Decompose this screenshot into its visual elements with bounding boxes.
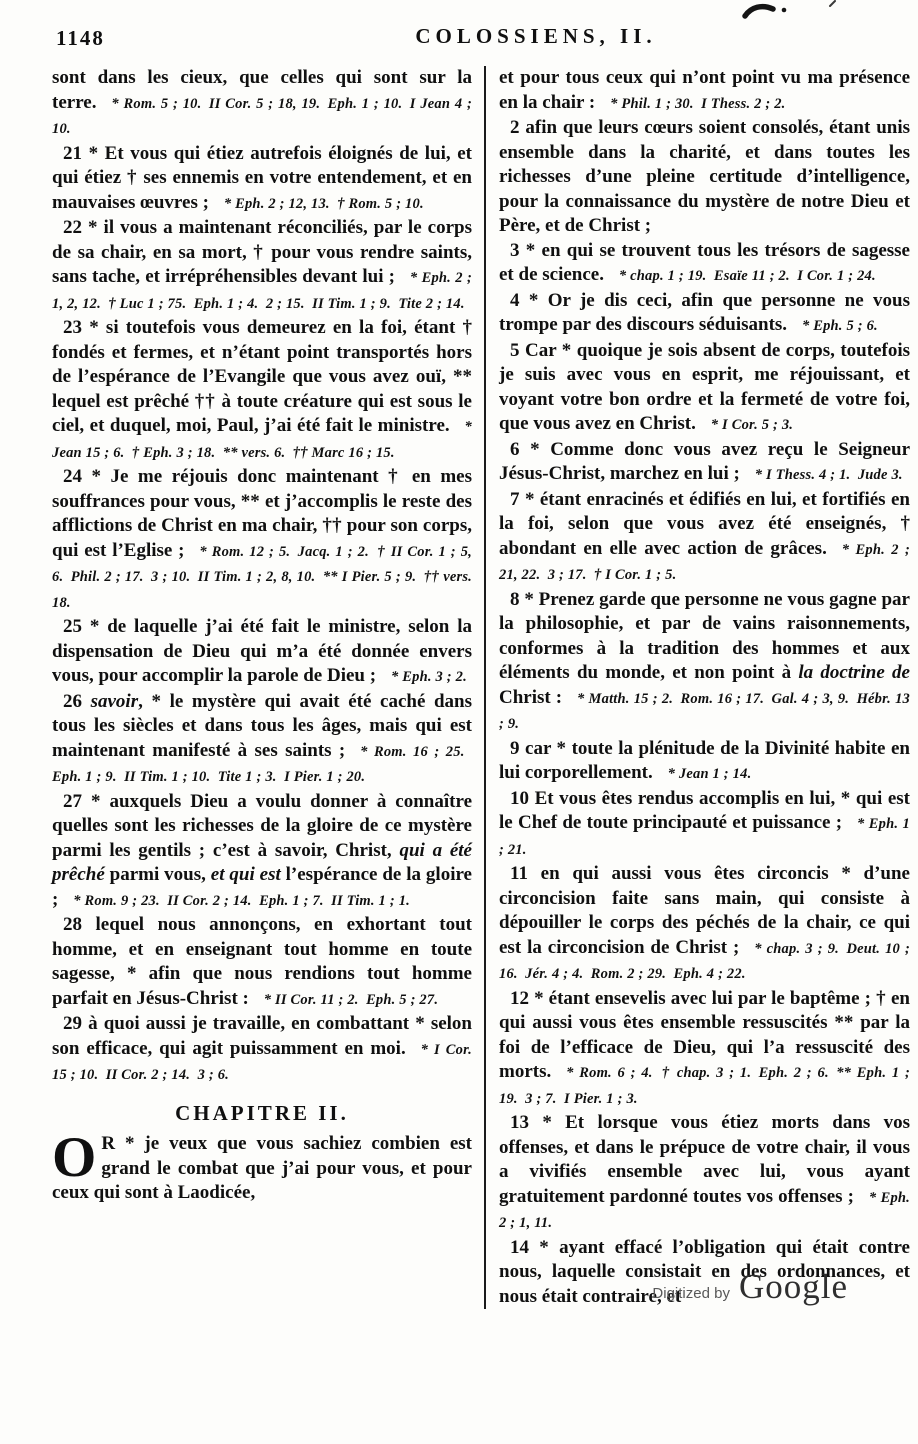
verse-paragraph: sont dans les cieux, que celles qui sont… (52, 66, 472, 142)
verse-paragraph: 7 * étant enracinés et édifiés en lui, e… (499, 488, 910, 588)
verse-paragraph: 11 en qui aussi vous êtes circoncis * d’… (499, 862, 910, 987)
verse-paragraph: 13 * Et lorsque vous étiez morts dans vo… (499, 1111, 910, 1236)
cross-reference: * chap. 1 ; 19. Esaïe 11 ; 2. I Cor. 1 ;… (604, 268, 876, 284)
cross-reference: * Eph. 5 ; 6. (787, 318, 878, 334)
dropcap-paragraph: OR * je veux que vous sachiez combien es… (52, 1132, 472, 1206)
digitization-watermark: Digitized by Google (652, 1267, 848, 1307)
cross-reference: * Eph. 3 ; 2. (376, 669, 467, 685)
italic-phrase: la doctrine de (798, 662, 910, 683)
verse-paragraph: 4 * Or je dis ceci, afin que personne ne… (499, 289, 910, 339)
left-column: sont dans les cieux, que celles qui sont… (52, 66, 484, 1309)
verse-text: Christ : (499, 687, 562, 708)
verse-paragraph: 27 * auxquels Dieu a voulu donner à conn… (52, 790, 472, 914)
verse-text: R * je veux que vous sachiez combien est… (52, 1133, 472, 1203)
verse-paragraph: et pour tous ceux qui n’ont point vu ma … (499, 66, 910, 116)
verse-paragraph: 12 * étant ensevelis avec lui par le bap… (499, 987, 910, 1112)
verse-text: 26 (63, 691, 91, 712)
verse-paragraph: 28 lequel nous annonçons, en exhortant t… (52, 913, 472, 1012)
verse-text: 13 * Et lorsque vous étiez morts dans vo… (499, 1112, 910, 1207)
verse-paragraph: 8 * Prenez garde que personne ne vous ga… (499, 588, 910, 737)
two-column-text-block: sont dans les cieux, que celles qui sont… (52, 66, 910, 1309)
verse-paragraph: 29 à quoi aussi je travaille, en combatt… (52, 1012, 472, 1088)
cross-reference: * Rom. 9 ; 23. II Cor. 2 ; 14. Eph. 1 ; … (58, 893, 410, 909)
verse-paragraph: 24 * Je me réjouis donc maintenant † en … (52, 465, 472, 615)
cross-reference: * Eph. 2 ; 12, 13. † Rom. 5 ; 10. (209, 196, 424, 212)
cross-reference: * Phil. 1 ; 30. I Thess. 2 ; 2. (595, 96, 785, 112)
verse-paragraph: 25 * de laquelle j’ai été fait le minist… (52, 615, 472, 690)
google-logo: Google (739, 1267, 848, 1307)
cross-reference: * I Cor. 5 ; 3. (696, 417, 793, 433)
verse-text: 2 afin que leurs cœurs soient consolés, … (499, 117, 910, 236)
verse-text: 23 * si toutefois vous demeurez en la fo… (52, 317, 472, 436)
italic-phrase: et qui est (211, 864, 281, 885)
cross-reference: * Rom. 5 ; 10. II Cor. 5 ; 18, 19. Eph. … (52, 96, 472, 138)
verse-paragraph: 2 afin que leurs cœurs soient consolés, … (499, 116, 910, 239)
right-column: et pour tous ceux qui n’ont point vu ma … (484, 66, 910, 1309)
page-number: 1148 (56, 26, 105, 51)
scanned-book-page: 1148 COLOSSIENS, II. sont dans les cieux… (0, 0, 918, 1309)
verse-text: parmi vous, (105, 864, 211, 885)
cross-reference: * Jean 1 ; 14. (653, 766, 752, 782)
verse-paragraph: 10 Et vous êtes rendus accomplis en lui,… (499, 787, 910, 863)
cross-reference: * Rom. 6 ; 4. † chap. 3 ; 1. Eph. 2 ; 6.… (499, 1065, 910, 1107)
page-header: 1148 COLOSSIENS, II. (52, 14, 910, 58)
verse-paragraph: 23 * si toutefois vous demeurez en la fo… (52, 316, 472, 465)
digitized-by-label: Digitized by (652, 1285, 730, 1302)
page-title: COLOSSIENS, II. (162, 24, 910, 49)
verse-paragraph: 3 * en qui se trouvent tous les trésors … (499, 239, 910, 289)
chapter-heading: CHAPITRE II. (52, 1101, 472, 1126)
verse-paragraph: 5 Car * quoique je sois absent de corps,… (499, 339, 910, 438)
dropcap-letter: O (52, 1135, 96, 1180)
cross-reference: * II Cor. 11 ; 2. Eph. 5 ; 27. (249, 992, 438, 1008)
verse-paragraph: 6 * Comme donc vous avez reçu le Seigneu… (499, 438, 910, 488)
italic-phrase: savoir (91, 691, 139, 712)
cross-reference: * I Thess. 4 ; 1. Jude 3. (740, 467, 903, 483)
verse-paragraph: 22 * il vous a maintenant réconciliés, p… (52, 216, 472, 316)
verse-paragraph: 26 savoir, * le mystère qui avait été ca… (52, 690, 472, 790)
verse-paragraph: 21 * Et vous qui étiez autrefois éloigné… (52, 142, 472, 217)
verse-paragraph: 9 car * toute la plénitude de la Divinit… (499, 737, 910, 787)
